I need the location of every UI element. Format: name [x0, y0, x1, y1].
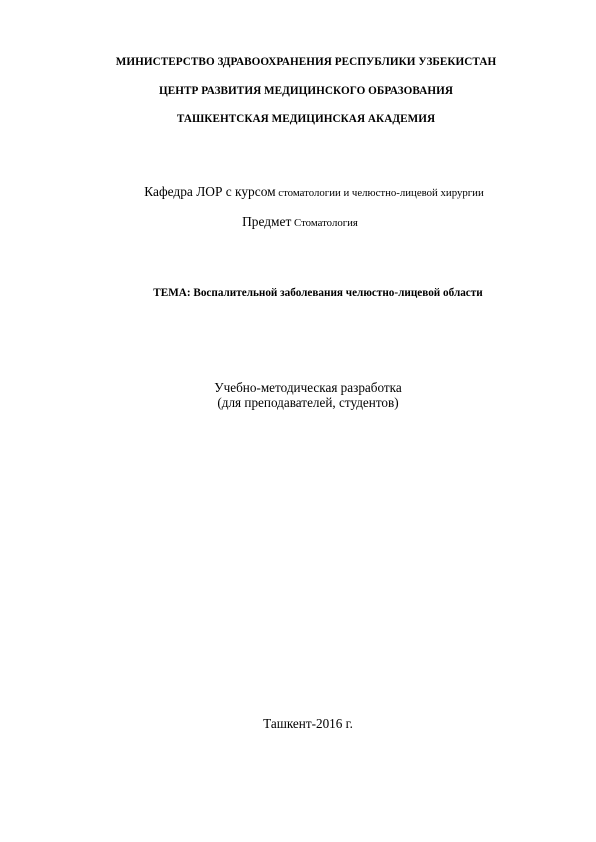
development-title: Учебно-методическая разработка	[10, 380, 596, 396]
subject-label: Предмет	[242, 214, 291, 229]
development-audience: (для преподавателей, студентов)	[10, 395, 596, 411]
city-year: Ташкент-2016 г.	[10, 716, 596, 732]
subject-line: Предмет Стоматология	[2, 214, 596, 230]
center-heading: ЦЕНТР РАЗВИТИЯ МЕДИЦИНСКОГО ОБРАЗОВАНИЯ	[8, 85, 596, 97]
ministry-heading: МИНИСТЕРСТВО ЗДРАВООХРАНЕНИЯ РЕСПУБЛИКИ …	[8, 56, 596, 68]
subject-value: Стоматология	[291, 217, 358, 229]
document-page: МИНИСТЕРСТВО ЗДРАВООХРАНЕНИЯ РЕСПУБЛИКИ …	[0, 0, 596, 842]
department-line: Кафедра ЛОР с курсом стоматологии и челю…	[16, 184, 596, 200]
department-label: Кафедра ЛОР с курсом	[144, 184, 275, 199]
department-value: стоматологии и челюстно-лицевой хирургии	[276, 187, 484, 199]
topic-title: ТЕМА: Воспалительной заболевания челюстн…	[20, 287, 596, 299]
academy-heading: ТАШКЕНТСКАЯ МЕДИЦИНСКАЯ АКАДЕМИЯ	[8, 113, 596, 125]
